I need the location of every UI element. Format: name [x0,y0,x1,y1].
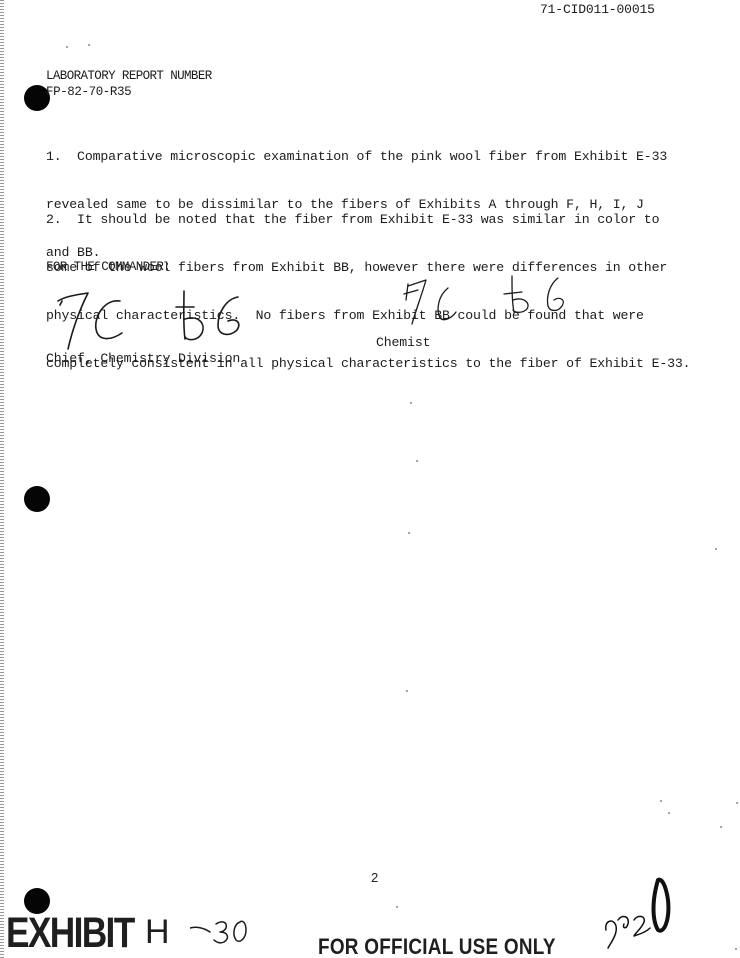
scan-speck [660,800,662,802]
scan-edge [0,0,4,958]
exhibit-stamp: EXHIBIT [6,910,134,956]
scan-speck [88,44,90,46]
document-id: 71-CID011-00015 [540,2,655,18]
exhibit-letter: H [145,912,170,952]
lab-report-label: LABORATORY REPORT NUMBER [46,68,212,84]
page-number: 2 [371,870,378,885]
chief-title: Chief, Chemistry Division [46,351,240,367]
scan-speck [406,690,408,692]
chemist-title: Chemist [376,335,430,351]
handwritten-initials [600,870,690,950]
scan-speck [416,460,418,462]
scan-speck [408,532,410,534]
punch-hole [24,486,50,512]
scan-speck [410,402,412,404]
scan-speck [736,802,738,804]
scan-speck [66,46,68,48]
scan-speck [720,826,722,828]
chemist-signature [400,272,590,332]
lab-report-number: FP-82-70-R35 [46,84,131,100]
paragraph-line: 1. Comparative microscopic examination o… [46,149,706,165]
paragraph-line: 2. It should be noted that the fiber fro… [46,212,706,228]
scan-speck [735,948,737,950]
scan-speck [668,812,670,814]
classification-marking: FOR OFFICIAL USE ONLY [318,934,556,958]
chief-signature [52,287,252,357]
scan-speck [715,548,717,550]
exhibit-handwritten-number [190,914,250,948]
commander-line: FOR THE COMMANDER: [46,259,170,275]
scan-speck [396,906,398,908]
